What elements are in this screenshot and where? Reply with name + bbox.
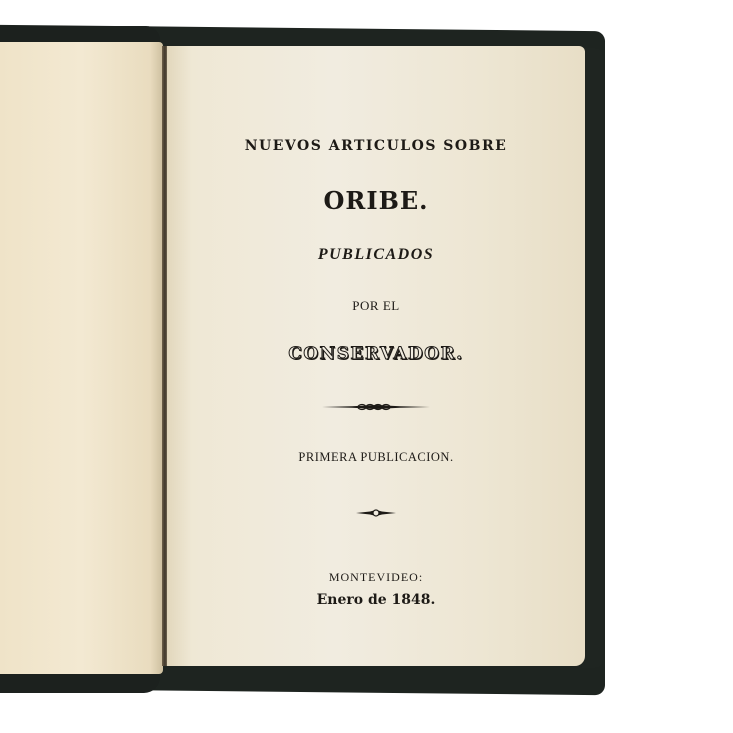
- small-fleuron-ornament-icon: [356, 508, 396, 518]
- imprint-date: Enero de 1848.: [167, 592, 585, 608]
- title-page-content: NUEVOS ARTICULOS SOBRE ORIBE. PUBLICADOS…: [167, 46, 585, 666]
- long-rule-ornament-icon: [322, 402, 430, 412]
- publisher-name: CONSERVADOR.: [167, 344, 585, 364]
- cover-right-edge: [582, 48, 603, 668]
- subtitle-por-el: POR EL: [167, 298, 585, 314]
- imprint-place: MONTEVIDEO:: [167, 570, 585, 585]
- left-endpaper: [0, 42, 163, 674]
- edition-note: PRIMERA PUBLICACION.: [167, 450, 585, 465]
- title-main: ORIBE.: [167, 186, 585, 215]
- subtitle-publicados: PUBLICADOS: [167, 246, 585, 264]
- title-line-1: NUEVOS ARTICULOS SOBRE: [167, 138, 585, 154]
